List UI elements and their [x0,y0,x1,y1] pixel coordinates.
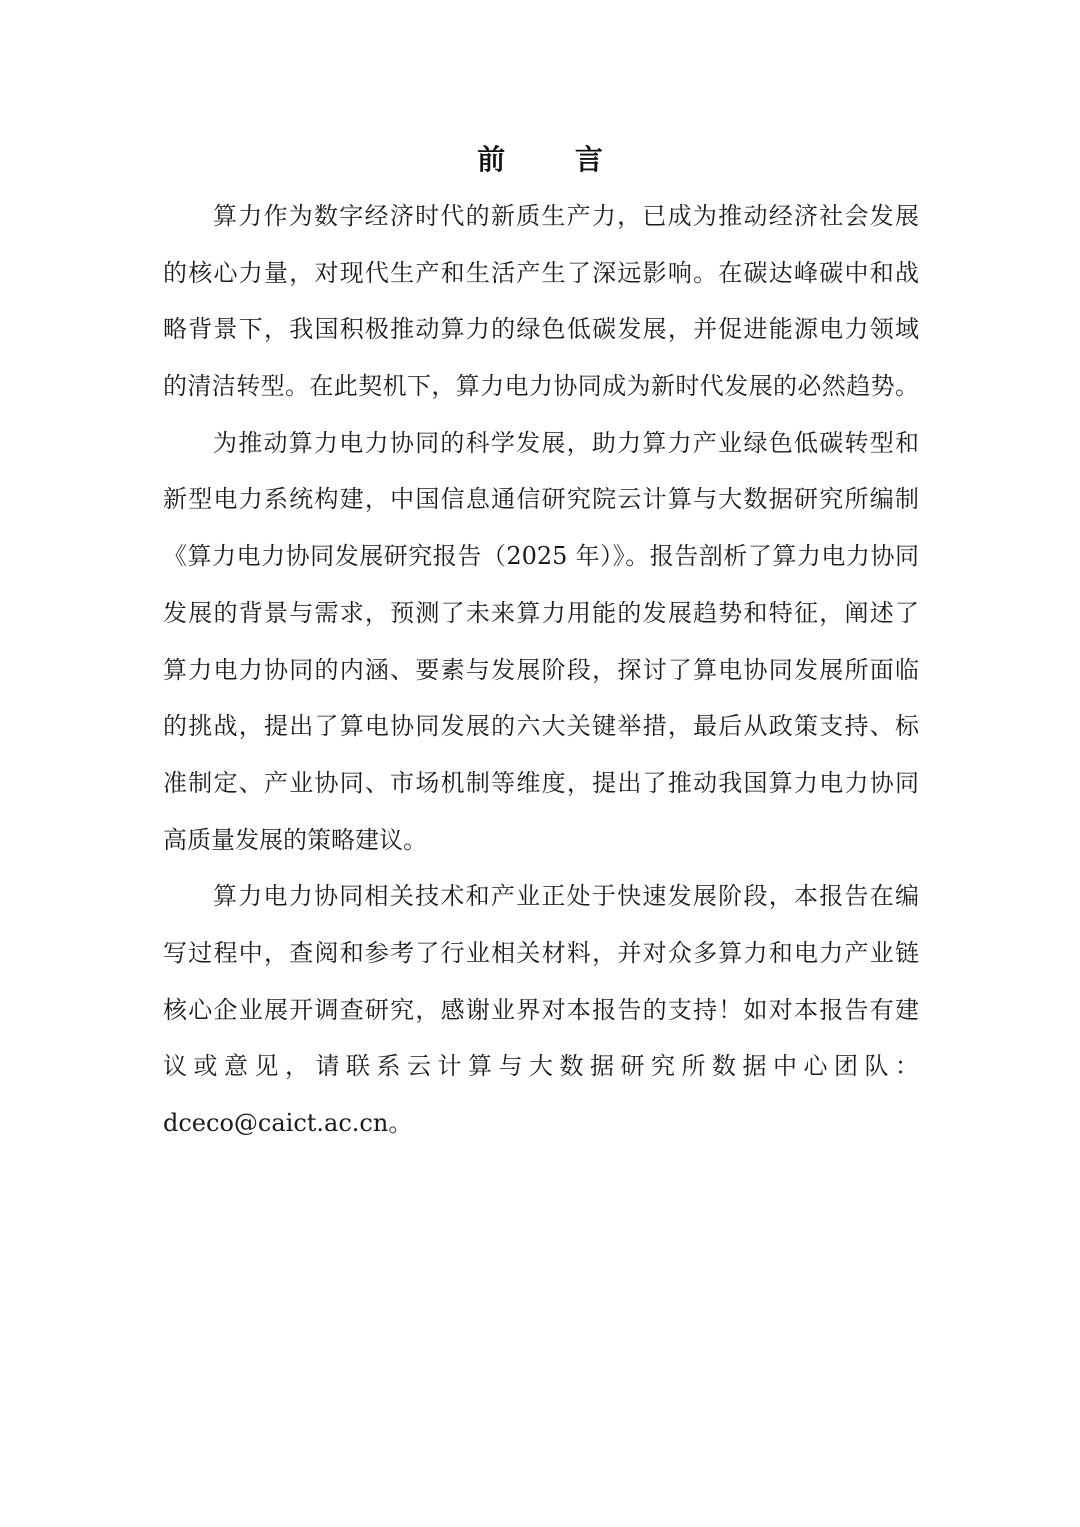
contact-email: dceco@caict.ac.cn。 [163,1102,919,1159]
paragraph-line: 的挑战，提出了算电协同发展的六大关键举措，最后从政策支持、标 [163,705,919,762]
paragraph-line: 的清洁转型。在此契机下，算力电力协同成为新时代发展的必然趋势。 [163,365,919,422]
paragraph-line: 算力电力协同的内涵、要素与发展阶段，探讨了算电协同发展所面临 [163,649,919,706]
paragraph-line: 为推动算力电力协同的科学发展，助力算力产业绿色低碳转型和 [163,422,919,479]
paragraph-line: 略背景下，我国积极推动算力的绿色低碳发展，并促进能源电力领域 [163,308,919,365]
paragraph-line: 新型电力系统构建，中国信息通信研究院云计算与大数据研究所编制 [163,478,919,535]
paragraph-line: 算力作为数字经济时代的新质生产力，已成为推动经济社会发展 [163,195,919,252]
page-title: 前 言 [0,140,1080,180]
paragraph-line: 核心企业展开调查研究，感谢业界对本报告的支持！如对本报告有建 [163,989,919,1046]
paragraph-2: 为推动算力电力协同的科学发展，助力算力产业绿色低碳转型和 新型电力系统构建，中国… [163,422,919,876]
paragraph-line: 议或意见，请联系云计算与大数据研究所数据中心团队： [163,1045,919,1102]
paragraph-3: 算力电力协同相关技术和产业正处于快速发展阶段，本报告在编 写过程中，查阅和参考了… [163,875,919,1158]
paragraph-line: 高质量发展的策略建议。 [163,819,919,876]
paragraph-line: 写过程中，查阅和参考了行业相关材料，并对众多算力和电力产业链 [163,932,919,989]
paragraph-line: 发展的背景与需求，预测了未来算力用能的发展趋势和特征，阐述了 [163,592,919,649]
paragraph-1: 算力作为数字经济时代的新质生产力，已成为推动经济社会发展 的核心力量，对现代生产… [163,195,919,422]
preface-body: 算力作为数字经济时代的新质生产力，已成为推动经济社会发展 的核心力量，对现代生产… [163,195,919,1159]
paragraph-line: 的核心力量，对现代生产和生活产生了深远影响。在碳达峰碳中和战 [163,252,919,309]
paragraph-line: 准制定、产业协同、市场机制等维度，提出了推动我国算力电力协同 [163,762,919,819]
paragraph-line: 《算力电力协同发展研究报告（2025 年）》。报告剖析了算力电力协同 [163,535,919,592]
paragraph-line: 算力电力协同相关技术和产业正处于快速发展阶段，本报告在编 [163,875,919,932]
document-page: 前 言 算力作为数字经济时代的新质生产力，已成为推动经济社会发展 的核心力量，对… [0,0,1080,1527]
